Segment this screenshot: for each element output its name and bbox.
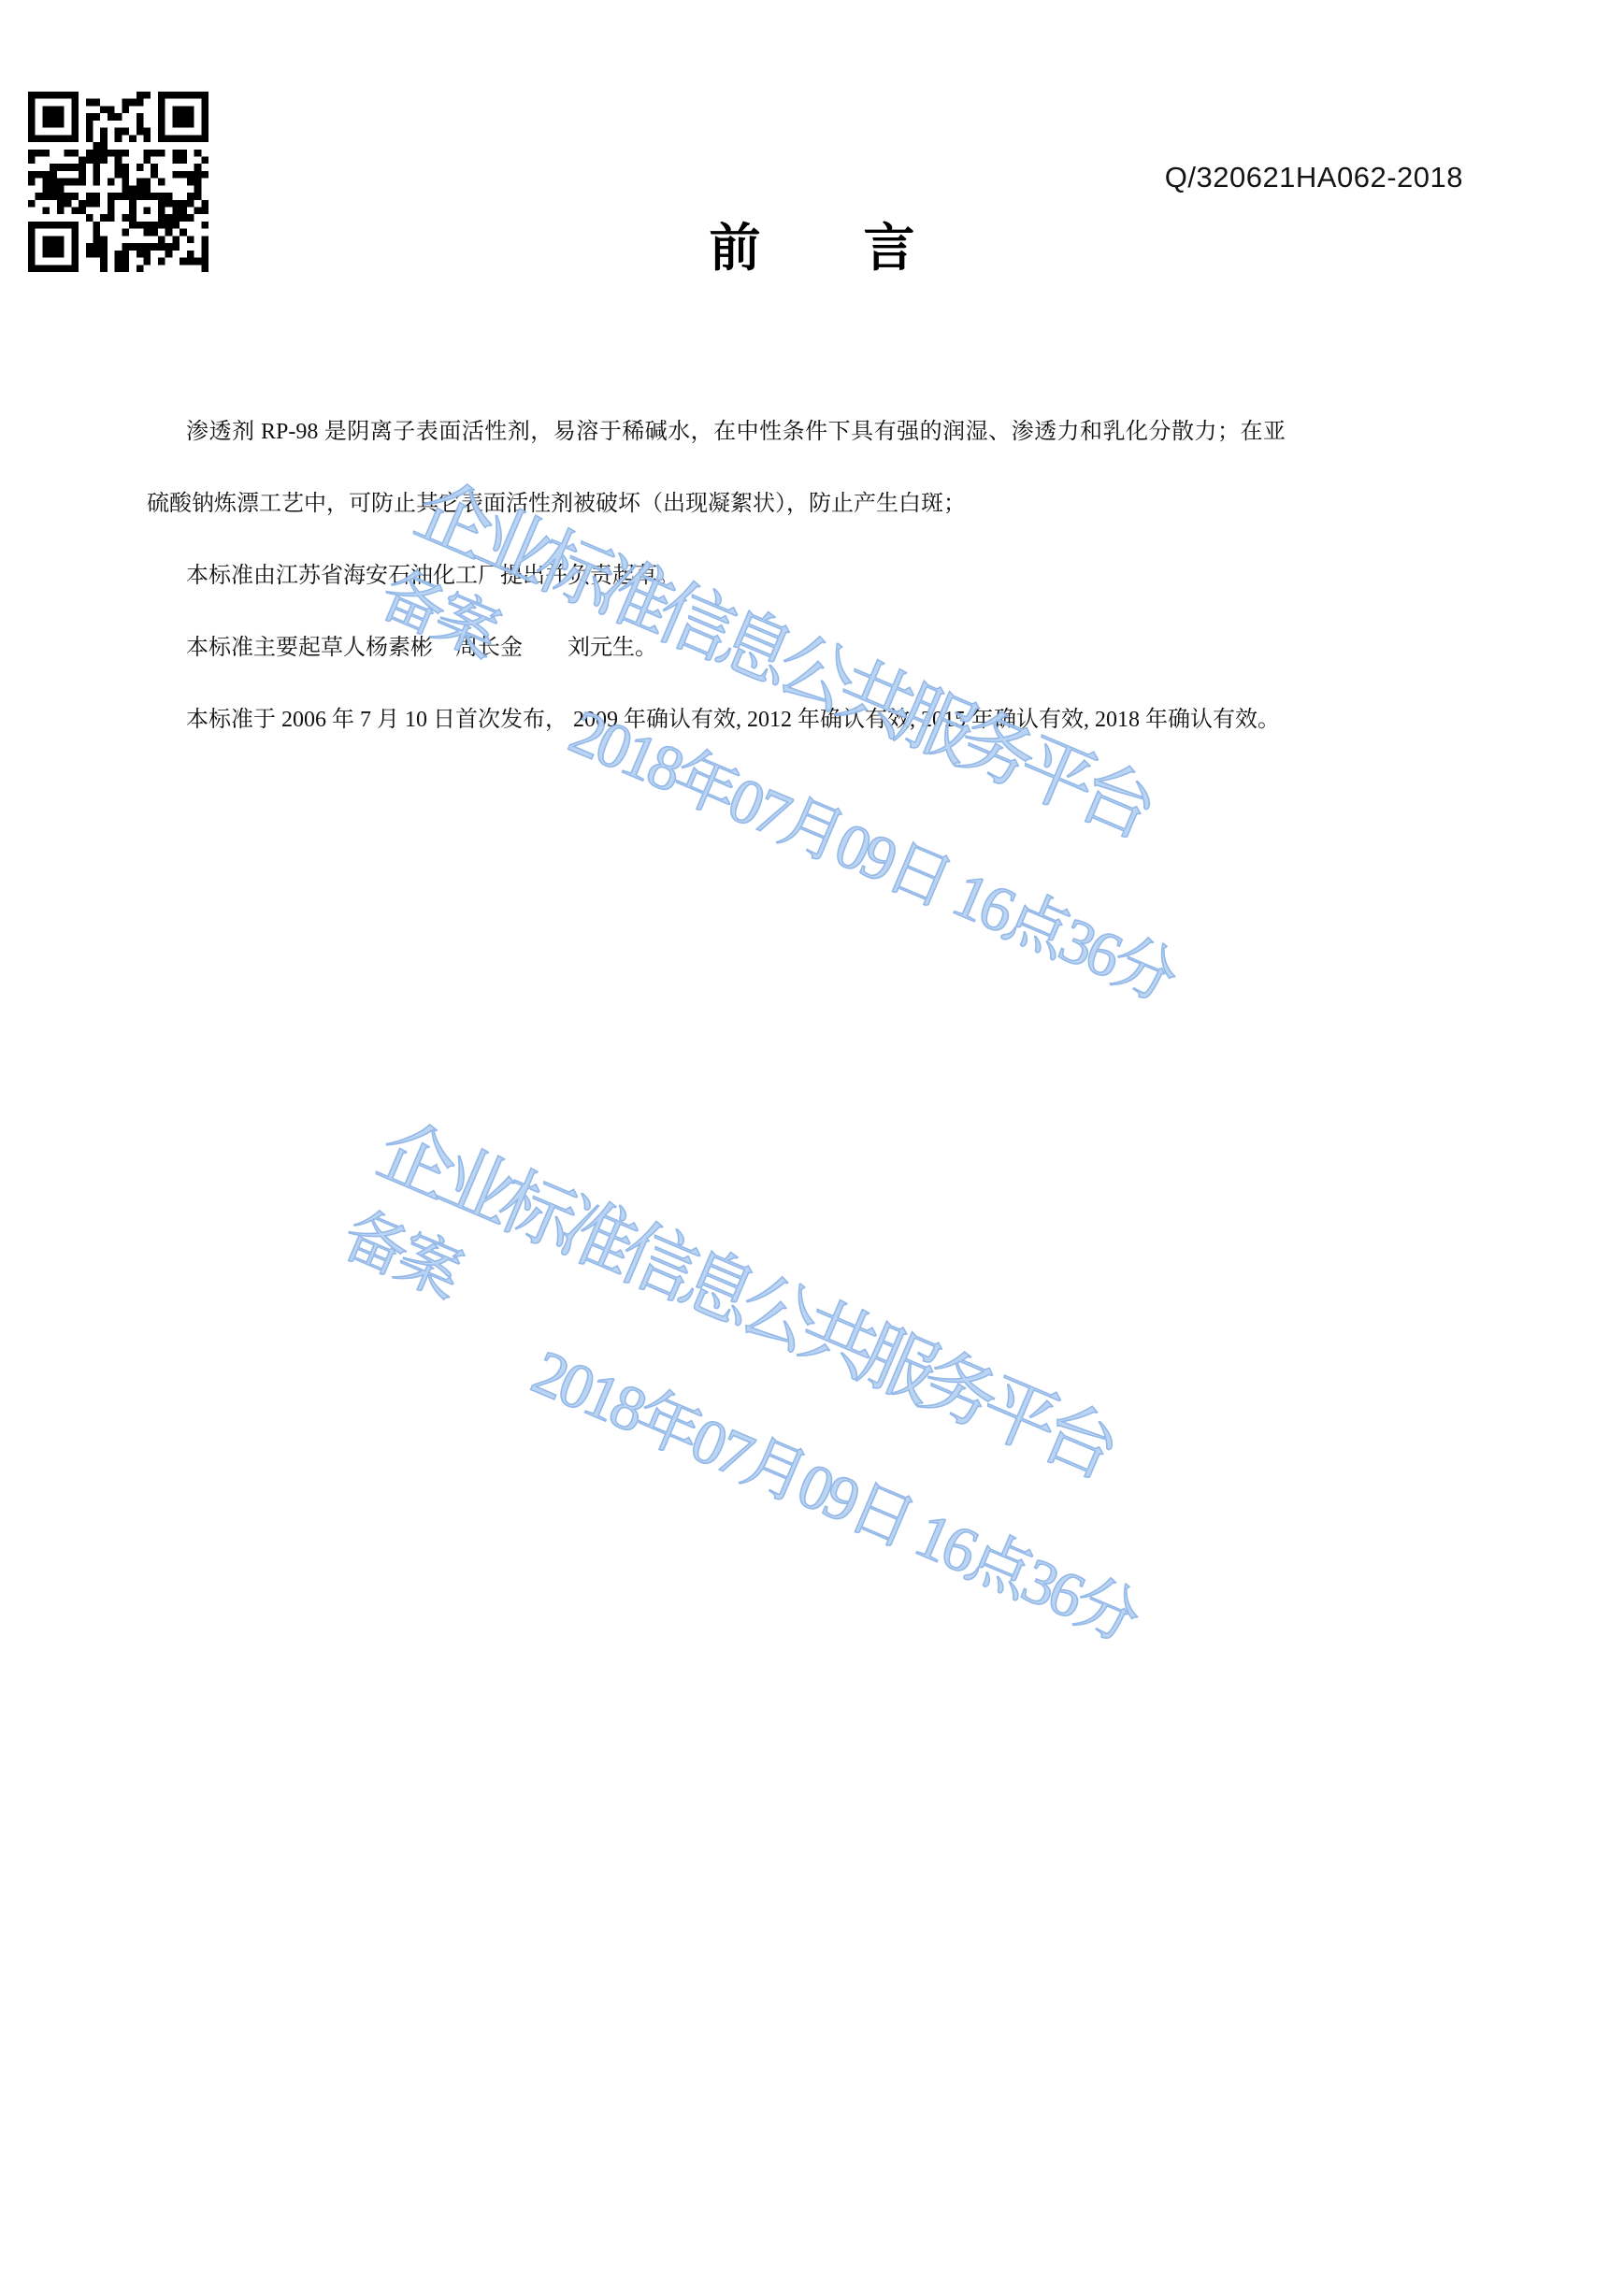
body-paragraph: 渗透剂 RP-98 是阴离子表面活性剂，易溶于稀碱水，在中性条件下具有强的润湿、… (147, 396, 1286, 540)
watermark-spacer (424, 1344, 527, 1388)
body-paragraph: 本标准于 2006 年 7 月 10 日首次发布， 2009 年确认有效, 20… (147, 684, 1286, 756)
doc-number: Q/320621HA062-2018 (1165, 161, 1463, 194)
watermark-stamp: 企业标准信息公共服务平台 备案2018年07月09日 16点36分 (314, 1112, 1204, 1651)
body-paragraph: 本标准主要起草人杨素彬 周长金 刘元生。 (147, 612, 1286, 684)
watermark-platform-text: 企业标准信息公共服务平台 (368, 1112, 1204, 1524)
watermark-filing-label: 备案 (335, 1202, 467, 1306)
page-title: 前 言 (0, 222, 1624, 274)
standard-document-page: Q/320621HA062-2018 前 言 渗透剂 RP-98 是阴离子表面活… (0, 0, 1624, 2296)
watermark-subline: 备案2018年07月09日 16点36分 (314, 1250, 1145, 1651)
body-text: 渗透剂 RP-98 是阴离子表面活性剂，易溶于稀碱水，在中性条件下具有强的润湿、… (147, 396, 1286, 756)
watermark-datetime: 2018年07月09日 16点36分 (525, 1340, 1145, 1651)
body-paragraph: 本标准由江苏省海安石油化工厂提出并负责起草。 (147, 540, 1286, 612)
